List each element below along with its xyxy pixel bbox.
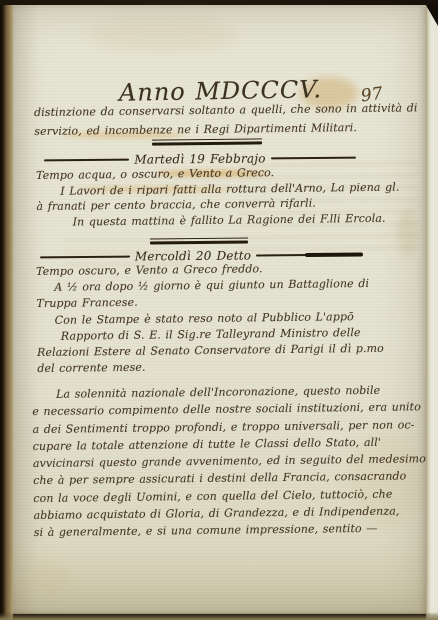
ink-stain	[26, 561, 72, 595]
scan-frame-top	[0, 0, 438, 5]
intro-paragraph: distinzione da conservarsi soltanto a qu…	[34, 99, 418, 141]
binding-edge	[0, 0, 13, 620]
banner-rule-right	[271, 157, 356, 160]
banner-rule-right	[256, 254, 346, 257]
page-edge-right	[426, 0, 438, 620]
manuscript-scan: Anno MDCCCV. 97 distinzione da conservar…	[0, 0, 438, 620]
report-paragraph: La solennità nazionale dell'Incoronazion…	[32, 381, 430, 542]
scan-frame-bottom	[0, 612, 438, 620]
entry-paragraph-mercoledi: Tempo oscuro, e Vento a Greco freddo. A …	[36, 260, 384, 378]
ink-stain	[397, 210, 417, 258]
date-heading: Martedì 19 Febbrajo	[129, 151, 270, 166]
section-divider	[150, 237, 248, 244]
banner-rule-left	[44, 159, 129, 162]
banner-rule-left	[40, 256, 130, 259]
entry-paragraph-martedi: Tempo acqua, o oscuro, e Vento a Greco. …	[36, 164, 400, 231]
ink-stain	[88, 15, 238, 53]
section-divider	[152, 138, 262, 145]
